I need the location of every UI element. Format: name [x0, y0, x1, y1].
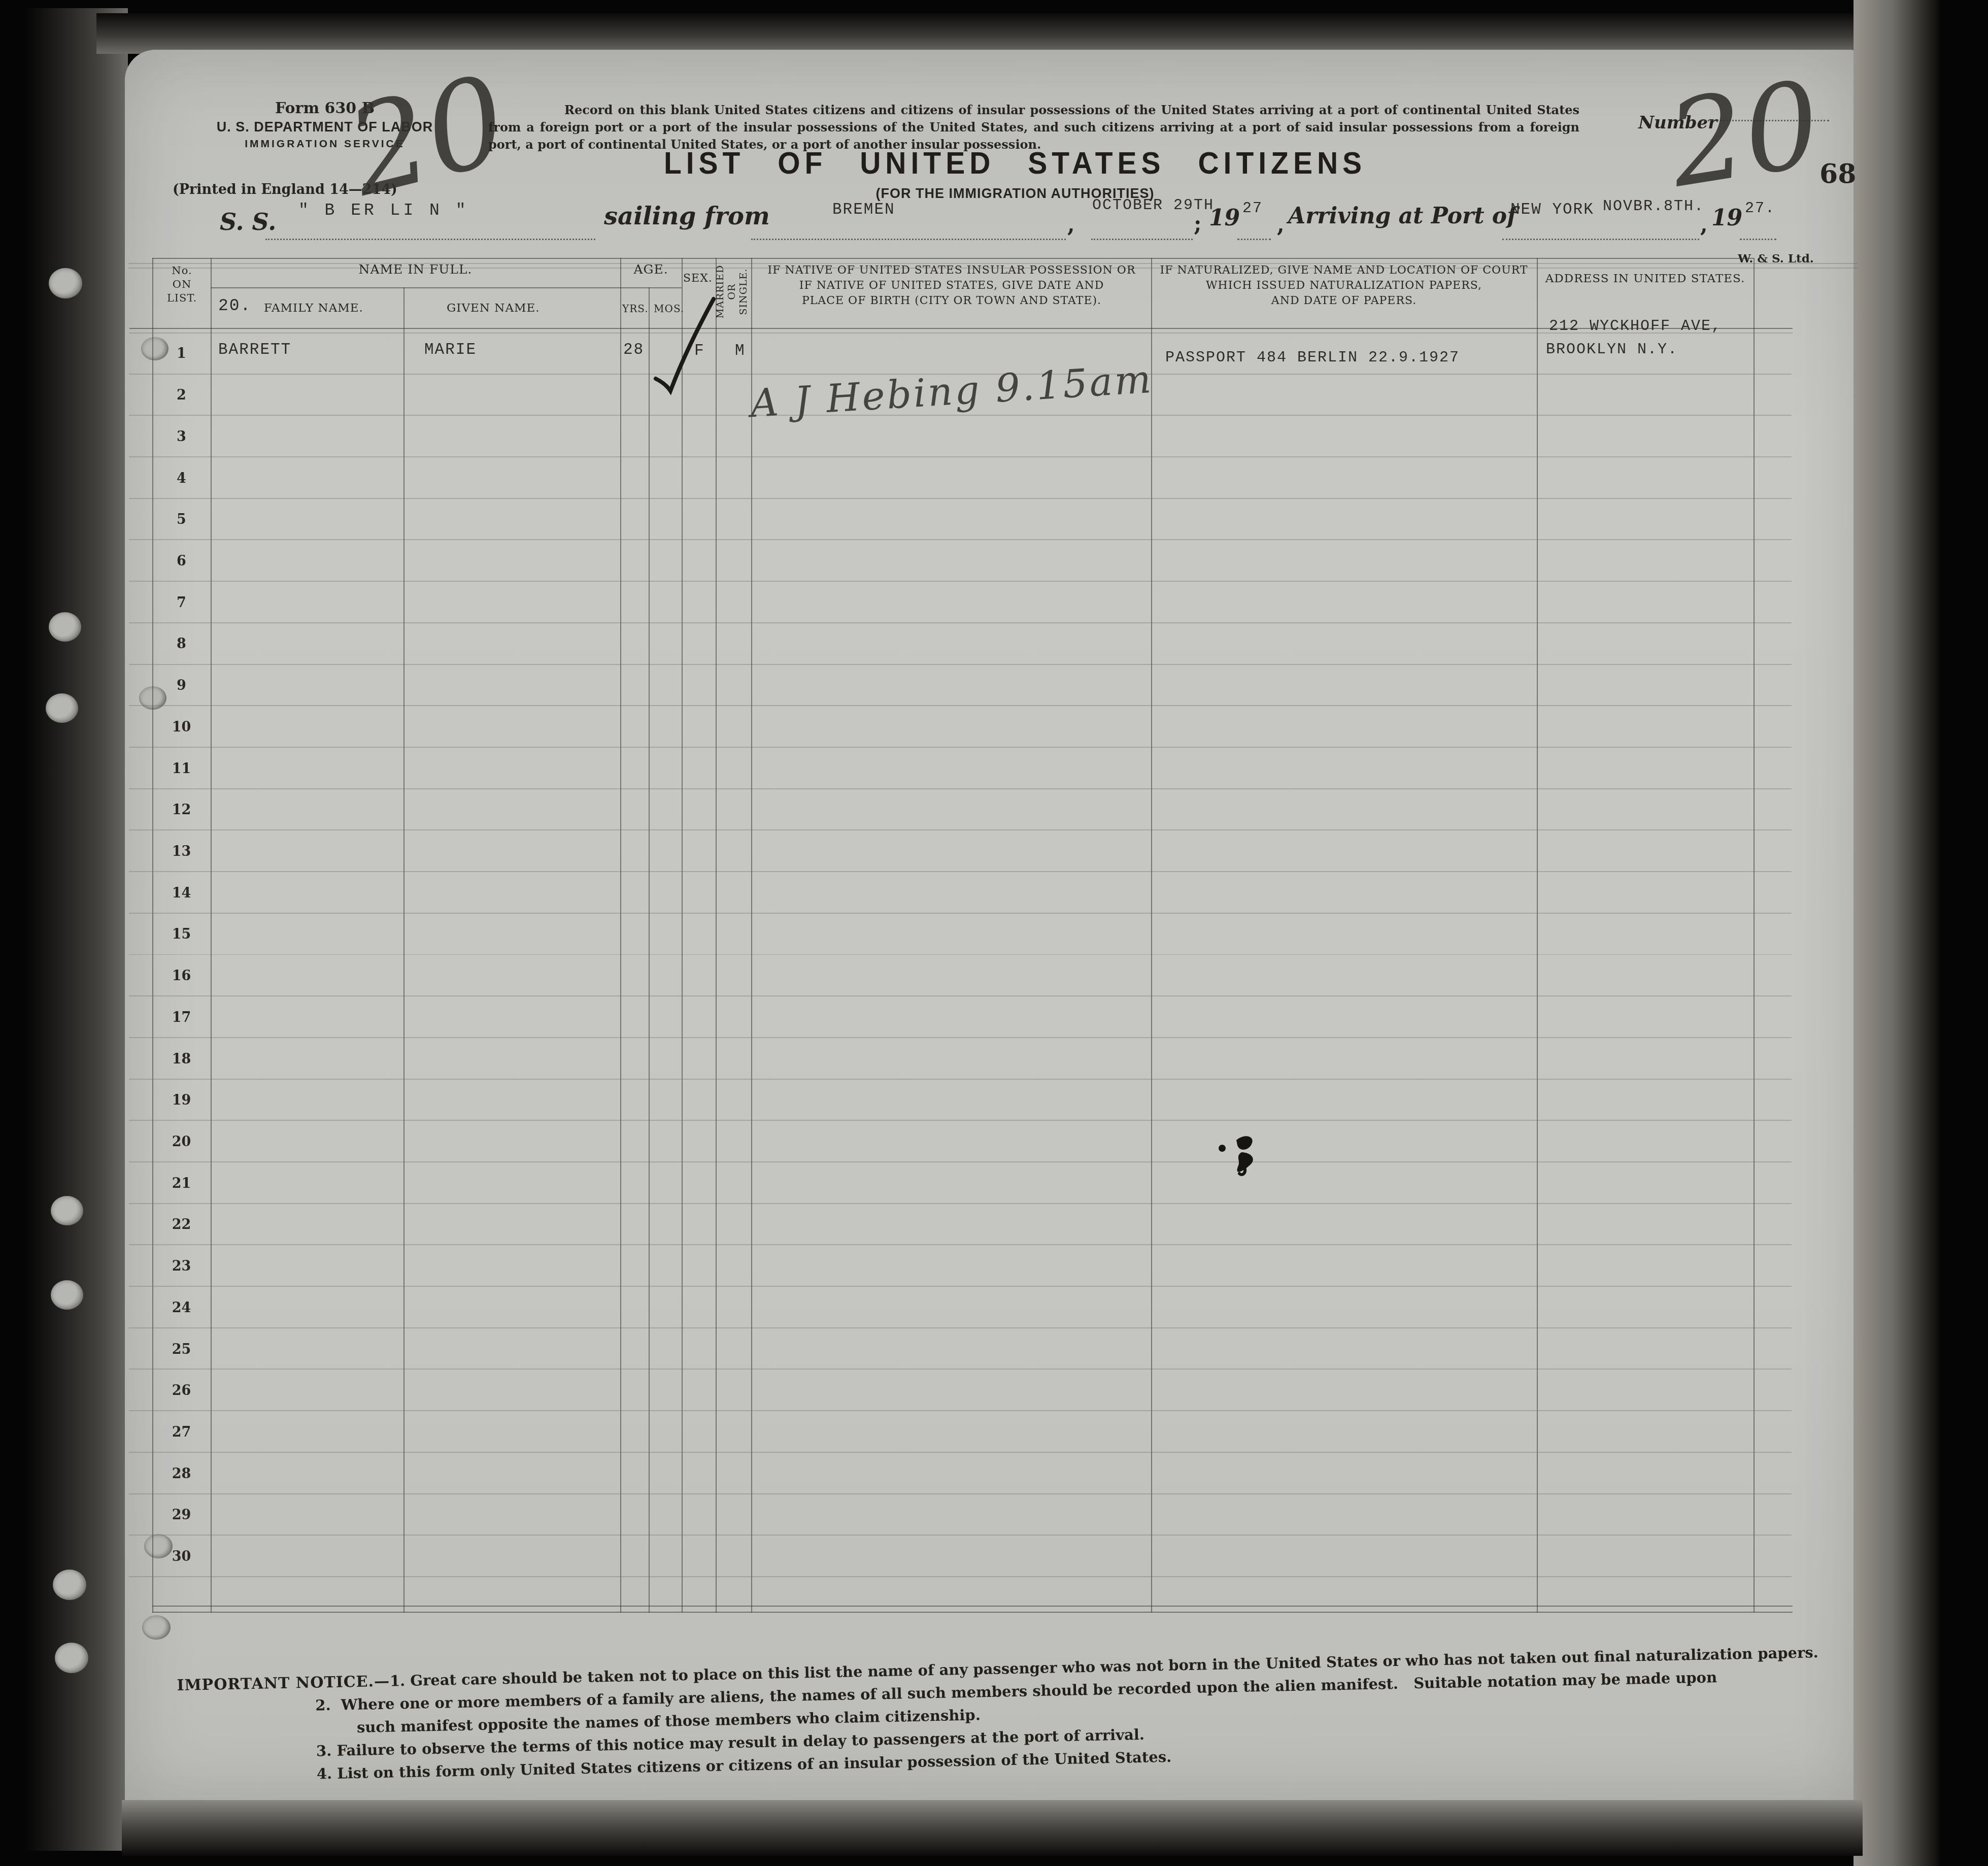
row-number: 1 [177, 346, 186, 361]
row-number: 14 [172, 885, 191, 901]
row-number: 30 [172, 1549, 191, 1564]
punch-hole [49, 268, 82, 298]
row-number: 3 [177, 429, 186, 445]
page-stack-bottom-edge [122, 1800, 1863, 1856]
punch-hole [46, 693, 78, 723]
row-number: 27 [172, 1424, 191, 1440]
row-number: 4 [177, 471, 186, 486]
scanned-manifest-page: Form 630 B U. S. DEPARTMENT OF LABOR IMM… [0, 0, 1988, 1866]
entry-age-years: 28 [623, 341, 644, 359]
pencil-number-value: 20 [1660, 55, 1830, 214]
page-subtitle: (FOR THE IMMIGRATION AUTHORITIES) [594, 186, 1436, 202]
row-number: 7 [177, 595, 186, 611]
column-header-mos: MOS. [654, 303, 684, 315]
entry-address-line1: 212 WYCKHOFF AVE, [1549, 318, 1722, 335]
entry-address-line2: BROOKLYN N.Y. [1546, 341, 1678, 358]
row-number: 10 [172, 719, 191, 735]
departure-year: 27 [1242, 200, 1263, 217]
punch-hole [51, 1196, 83, 1225]
entry-family-name: BARRETT [218, 341, 291, 359]
row-rule-lines [129, 333, 1792, 1578]
row-number: 24 [172, 1300, 191, 1316]
row-number: 28 [172, 1466, 191, 1482]
grid-line [129, 328, 1793, 329]
ss-label: S. S. [220, 208, 276, 236]
arrival-date: NOVBR.8TH. [1603, 198, 1704, 215]
row-number: 11 [172, 761, 191, 777]
punch-hole [53, 1570, 86, 1600]
row-number: 21 [172, 1176, 191, 1191]
entry-naturalization-passport: PASSPORT 484 BERLIN 22.9.1927 [1165, 349, 1460, 366]
row-number: 12 [172, 802, 191, 818]
grid-line [152, 1606, 1793, 1607]
page-number-stamp: 68 [1819, 158, 1856, 189]
departure-port-rule [751, 239, 1066, 240]
row-number: 20 [172, 1134, 191, 1150]
row-number-column: 1234567891011121314151617181920212223242… [152, 333, 211, 1578]
row-number: 13 [172, 844, 191, 859]
grid-line [211, 287, 682, 288]
punch-hole [142, 1615, 171, 1640]
arrival-year: 27. [1745, 200, 1775, 217]
row-number: 5 [177, 512, 186, 527]
typed-sheet-prefix: 20. [218, 296, 251, 315]
arrival-port-rule [1502, 239, 1699, 240]
year-printed: 19 [1209, 205, 1240, 231]
row-number: 26 [172, 1383, 191, 1398]
ship-name-rule [265, 239, 595, 240]
row-number: 18 [172, 1051, 191, 1067]
arrival-port: NEW YORK [1510, 201, 1594, 219]
row-number: 9 [177, 678, 186, 693]
page-stack-right-edge [1854, 0, 1940, 1866]
sailing-from-label: sailing from [604, 202, 770, 230]
entry-married-single: M [735, 342, 746, 360]
row-number: 6 [177, 553, 186, 569]
entry-sex: F [694, 342, 705, 360]
ship-name: " B ER LI N " [298, 201, 468, 220]
column-header-given-name: GIVEN NAME. [447, 302, 540, 315]
arriving-at-port-label: Arriving at Port of [1288, 203, 1517, 229]
grid-line [152, 258, 1754, 259]
row-number: 23 [172, 1258, 191, 1274]
column-header-sex: SEX. [683, 272, 713, 285]
comma: , [1700, 212, 1708, 237]
row-number: 22 [172, 1217, 191, 1232]
column-header-family-name: FAMILY NAME. [264, 302, 363, 315]
departure-year-rule [1237, 239, 1271, 240]
arrival-year-rule [1740, 239, 1776, 240]
grid-line [152, 1612, 1793, 1613]
comma: , [1277, 212, 1285, 237]
column-header-age: AGE. [620, 262, 682, 277]
row-number: 8 [177, 636, 186, 652]
column-header-naturalized: IF NATURALIZED, GIVE NAME AND LOCATION O… [1151, 263, 1537, 309]
departure-date-rule [1091, 239, 1193, 240]
notice-label: IMPORTANT NOTICE.— [177, 1673, 390, 1694]
year-printed: 19 [1711, 205, 1742, 231]
page-stack-top-edge [96, 13, 1873, 54]
punch-hole [55, 1643, 88, 1673]
column-header-yrs: YRS. [622, 303, 649, 315]
column-header-name-in-full: NAME IN FULL. [211, 262, 620, 277]
comma: , [1067, 212, 1075, 237]
column-header-address: ADDRESS IN UNITED STATES. [1537, 272, 1754, 285]
column-header-native-birth: IF NATIVE OF UNITED STATES INSULAR POSSE… [752, 263, 1151, 309]
entry-given-name: MARIE [424, 341, 477, 359]
semicolon: ; [1194, 211, 1202, 236]
row-number: 15 [172, 926, 191, 942]
punch-hole [49, 612, 81, 642]
row-number: 16 [172, 968, 191, 984]
row-number: 17 [172, 1010, 191, 1025]
column-header-no-on-list: No. ON LIST. [153, 264, 211, 305]
punch-hole [51, 1280, 83, 1310]
page-title: LIST OF UNITED STATES CITIZENS [594, 145, 1436, 181]
departure-port: BREMEN [832, 201, 895, 219]
row-number: 19 [172, 1092, 191, 1108]
row-number: 29 [172, 1507, 191, 1523]
column-header-married-single: MARRIED OR SINGLE. [712, 256, 753, 327]
row-number: 2 [177, 387, 186, 403]
row-number: 25 [172, 1342, 191, 1357]
